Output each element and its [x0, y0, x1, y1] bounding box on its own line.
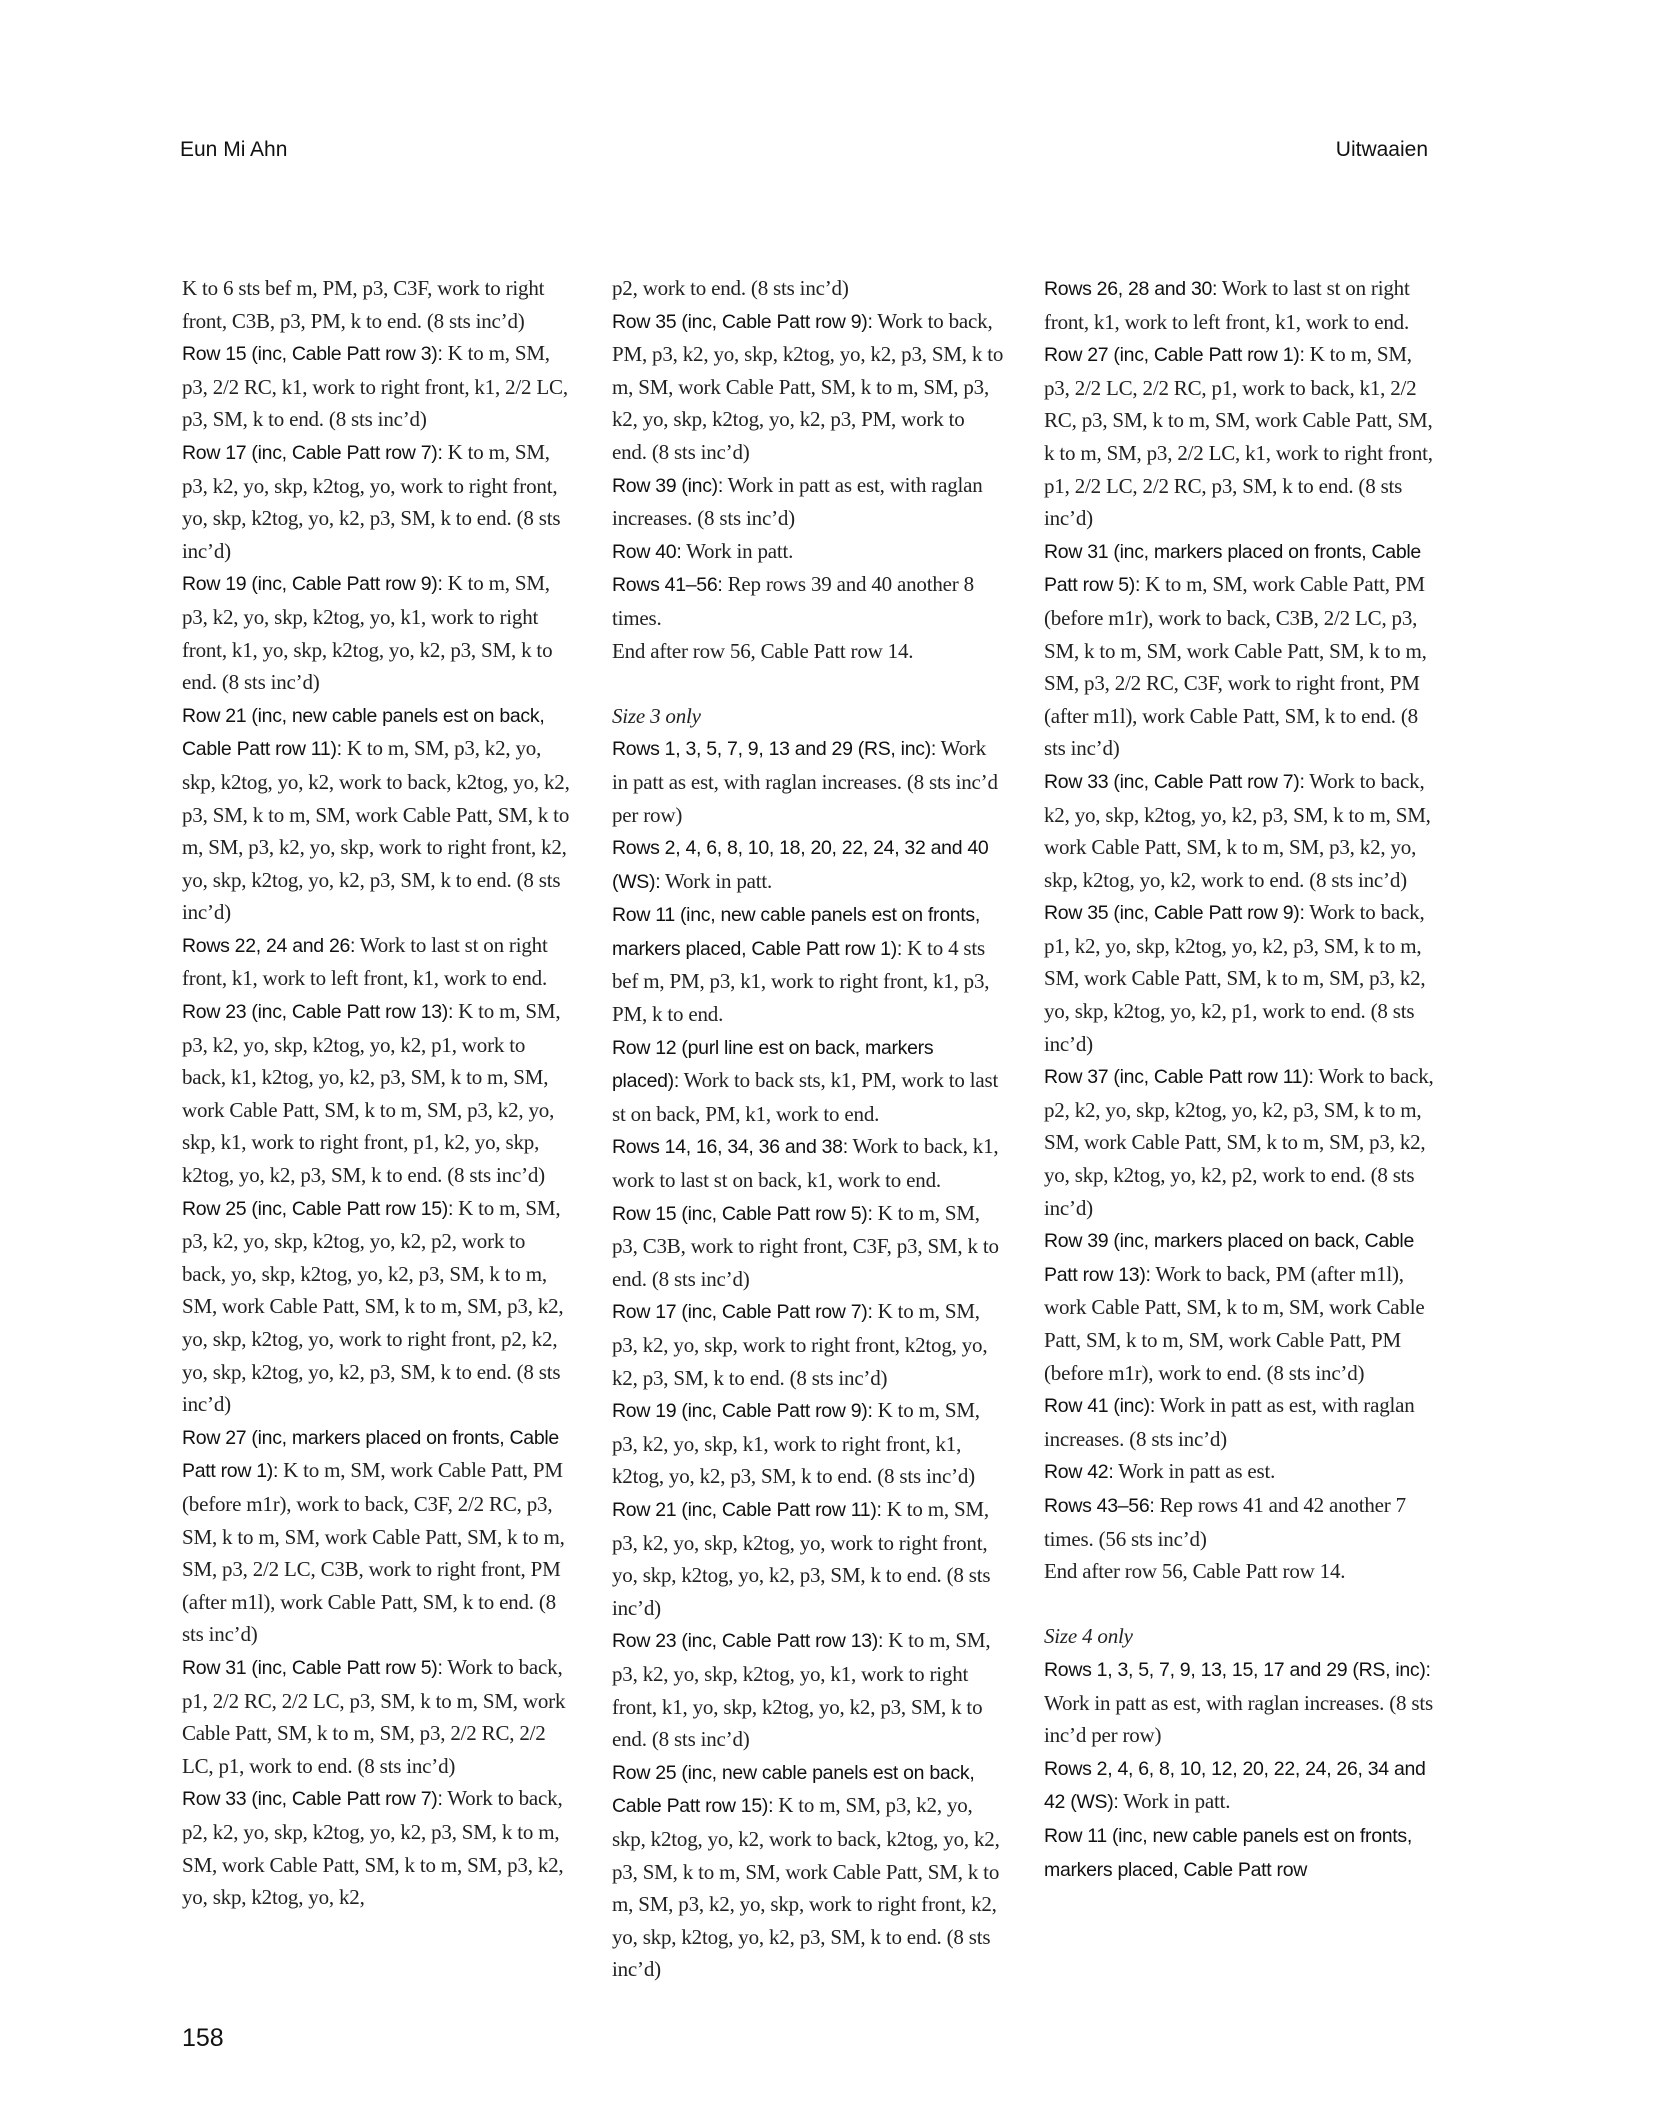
row-label: Row 15 (inc, Cable Patt row 3):: [182, 343, 443, 365]
pattern-row-instruction: Row 21 (inc, new cable panels est on bac…: [182, 699, 574, 929]
row-label: Row 42:: [1044, 1461, 1113, 1483]
pattern-row-instruction: Row 12 (purl line est on back, markers p…: [612, 1031, 1004, 1131]
text-column-1: K to 6 sts bef m, PM, p3, C3F, work to r…: [182, 272, 574, 1914]
row-text: Work in patt.: [681, 539, 793, 563]
row-text: End after row 56, Cable Patt row 14.: [1044, 1559, 1345, 1583]
row-label: Row 33 (inc, Cable Patt row 7):: [1044, 771, 1305, 793]
page-number: 158: [182, 2024, 224, 2053]
pattern-row-instruction: Row 27 (inc, markers placed on fronts, C…: [182, 1421, 574, 1651]
pattern-row-instruction: Rows 1, 3, 5, 7, 9, 13, 15, 17 and 29 (R…: [1044, 1653, 1436, 1752]
row-label: Rows 22, 24 and 26:: [182, 935, 355, 957]
pattern-row-instruction: Row 31 (inc, Cable Patt row 5): Work to …: [182, 1651, 574, 1782]
pattern-row-instruction: Row 31 (inc, markers placed on fronts, C…: [1044, 535, 1436, 765]
pattern-row-instruction: Row 17 (inc, Cable Patt row 7): K to m, …: [612, 1295, 1004, 1394]
pattern-row-instruction: Row 23 (inc, Cable Patt row 13): K to m,…: [612, 1624, 1004, 1755]
pattern-row-instruction: Row 40: Work in patt.: [612, 535, 1004, 569]
row-label: Row 11 (inc, new cable panels est on fro…: [1044, 1825, 1412, 1881]
row-text: End after row 56, Cable Patt row 14.: [612, 639, 913, 663]
row-label: Row 17 (inc, Cable Patt row 7):: [612, 1301, 873, 1323]
running-head-author: Eun Mi Ahn: [180, 138, 287, 162]
pattern-row-instruction: Row 19 (inc, Cable Patt row 9): K to m, …: [612, 1394, 1004, 1493]
pattern-row-instruction: Row 35 (inc, Cable Patt row 9): Work to …: [1044, 896, 1436, 1060]
pattern-row-instruction: Row 37 (inc, Cable Patt row 11): Work to…: [1044, 1060, 1436, 1224]
row-label: Row 21 (inc, Cable Patt row 11):: [612, 1499, 882, 1521]
row-label: Row 35 (inc, Cable Patt row 9):: [1044, 902, 1305, 924]
pattern-row-instruction: Rows 2, 4, 6, 8, 10, 18, 20, 22, 24, 32 …: [612, 831, 1004, 898]
pattern-row-instruction: Rows 22, 24 and 26: Work to last st on r…: [182, 929, 574, 995]
row-text: Work in patt.: [1119, 1789, 1231, 1813]
pattern-row-instruction: Row 25 (inc, new cable panels est on bac…: [612, 1756, 1004, 1986]
row-label: Rows 26, 28 and 30:: [1044, 278, 1217, 300]
row-label: Row 25 (inc, Cable Patt row 15):: [182, 1198, 453, 1220]
pattern-row-instruction: Rows 26, 28 and 30: Work to last st on r…: [1044, 272, 1436, 338]
pattern-row-instruction: Row 17 (inc, Cable Patt row 7): K to m, …: [182, 436, 574, 567]
row-label: Row 23 (inc, Cable Patt row 13):: [182, 1001, 453, 1023]
pattern-row-instruction: Row 19 (inc, Cable Patt row 9): K to m, …: [182, 567, 574, 698]
row-text: Work in patt as est.: [1113, 1459, 1275, 1483]
row-label: Row 17 (inc, Cable Patt row 7):: [182, 442, 443, 464]
row-text: K to 6 sts bef m, PM, p3, C3F, work to r…: [182, 276, 544, 333]
row-label: Row 19 (inc, Cable Patt row 9):: [612, 1400, 873, 1422]
row-label: Row 33 (inc, Cable Patt row 7):: [182, 1788, 443, 1810]
pattern-row-instruction: Row 39 (inc): Work in patt as est, with …: [612, 469, 1004, 535]
pattern-row-instruction: Rows 1, 3, 5, 7, 9, 13 and 29 (RS, inc):…: [612, 732, 1004, 831]
row-label: Row 31 (inc, Cable Patt row 5):: [182, 1657, 443, 1679]
row-label: Row 15 (inc, Cable Patt row 5):: [612, 1203, 873, 1225]
pattern-row-instruction: Rows 2, 4, 6, 8, 10, 12, 20, 22, 24, 26,…: [1044, 1752, 1436, 1819]
text-column-2: p2, work to end. (8 sts inc’d)Row 35 (in…: [612, 272, 1004, 1986]
row-text: K to m, SM, work Cable Patt, PM (before …: [1044, 572, 1427, 760]
pattern-row-instruction: Row 15 (inc, Cable Patt row 5): K to m, …: [612, 1197, 1004, 1296]
pattern-row-instruction: Row 11 (inc, new cable panels est on fro…: [612, 898, 1004, 1030]
pattern-row-instruction: Row 21 (inc, Cable Patt row 11): K to m,…: [612, 1493, 1004, 1624]
row-label: Row 27 (inc, Cable Patt row 1):: [1044, 344, 1305, 366]
pattern-row-instruction: p2, work to end. (8 sts inc’d): [612, 272, 1004, 305]
text-column-3: Rows 26, 28 and 30: Work to last st on r…: [1044, 272, 1436, 1886]
pattern-row-instruction: Rows 43–56: Rep rows 41 and 42 another 7…: [1044, 1489, 1436, 1555]
row-text: K to m, SM, p3, 2/2 LC, 2/2 RC, p1, work…: [1044, 342, 1433, 530]
row-label: Row 40:: [612, 541, 681, 563]
pattern-row-instruction: Row 42: Work in patt as est.: [1044, 1455, 1436, 1489]
pattern-row-instruction: K to 6 sts bef m, PM, p3, C3F, work to r…: [182, 272, 574, 337]
row-label: Rows 14, 16, 34, 36 and 38:: [612, 1136, 848, 1158]
size-section-heading: Size 4 only: [1044, 1620, 1436, 1653]
row-label: Rows 2, 4, 6, 8, 10, 12, 20, 22, 24, 26,…: [1044, 1758, 1426, 1814]
row-label: Rows 43–56:: [1044, 1495, 1155, 1517]
pattern-row-instruction: Row 23 (inc, Cable Patt row 13): K to m,…: [182, 995, 574, 1192]
row-text: K to m, SM, p3, k2, yo, skp, k2tog, yo, …: [612, 1793, 1000, 1981]
size-section-heading: Size 3 only: [612, 700, 1004, 733]
row-label: Rows 41–56:: [612, 574, 723, 596]
row-label: Row 37 (inc, Cable Patt row 11):: [1044, 1066, 1314, 1088]
running-head-title: Uitwaaien: [1336, 138, 1428, 162]
row-label: Row 19 (inc, Cable Patt row 9):: [182, 573, 443, 595]
row-label: Rows 1, 3, 5, 7, 9, 13, 15, 17 and 29 (R…: [1044, 1659, 1431, 1681]
row-label: Rows 1, 3, 5, 7, 9, 13 and 29 (RS, inc):: [612, 738, 936, 760]
pattern-row-instruction: Row 11 (inc, new cable panels est on fro…: [1044, 1819, 1436, 1886]
row-text: p2, work to end. (8 sts inc’d): [612, 276, 849, 300]
section-spacer: [1044, 1588, 1436, 1621]
row-label: Row 35 (inc, Cable Patt row 9):: [612, 311, 873, 333]
pattern-row-instruction: Row 35 (inc, Cable Patt row 9): Work to …: [612, 305, 1004, 469]
pattern-row-instruction: Row 25 (inc, Cable Patt row 15): K to m,…: [182, 1192, 574, 1421]
pattern-row-instruction: Row 27 (inc, Cable Patt row 1): K to m, …: [1044, 338, 1436, 535]
row-label: Row 23 (inc, Cable Patt row 13):: [612, 1630, 883, 1652]
pattern-row-instruction: Row 33 (inc, Cable Patt row 7): Work to …: [1044, 765, 1436, 896]
pattern-row-instruction: Row 41 (inc): Work in patt as est, with …: [1044, 1389, 1436, 1455]
row-text: K to m, SM, p3, k2, yo, skp, k2tog, yo, …: [182, 999, 560, 1187]
row-text: K to m, SM, p3, k2, yo, skp, k2tog, yo, …: [182, 1196, 563, 1417]
pattern-row-instruction: Row 15 (inc, Cable Patt row 3): K to m, …: [182, 337, 574, 436]
row-text: Work in patt as est, with raglan increas…: [1044, 1691, 1433, 1748]
pattern-row-instruction: Rows 14, 16, 34, 36 and 38: Work to back…: [612, 1130, 1004, 1196]
row-text: K to m, SM, p3, k2, yo, skp, k2tog, yo, …: [182, 736, 570, 924]
row-text: K to m, SM, work Cable Patt, PM (before …: [182, 1458, 565, 1646]
row-label: Row 39 (inc):: [612, 475, 723, 497]
pattern-row-instruction: Row 39 (inc, markers placed on back, Cab…: [1044, 1224, 1436, 1389]
pattern-row-instruction: Row 33 (inc, Cable Patt row 7): Work to …: [182, 1782, 574, 1913]
pattern-row-instruction: End after row 56, Cable Patt row 14.: [1044, 1555, 1436, 1588]
pattern-row-instruction: Rows 41–56: Rep rows 39 and 40 another 8…: [612, 568, 1004, 634]
row-text: Work in patt.: [660, 869, 772, 893]
section-spacer: [612, 667, 1004, 700]
pattern-row-instruction: End after row 56, Cable Patt row 14.: [612, 635, 1004, 668]
row-label: Row 41 (inc):: [1044, 1395, 1155, 1417]
